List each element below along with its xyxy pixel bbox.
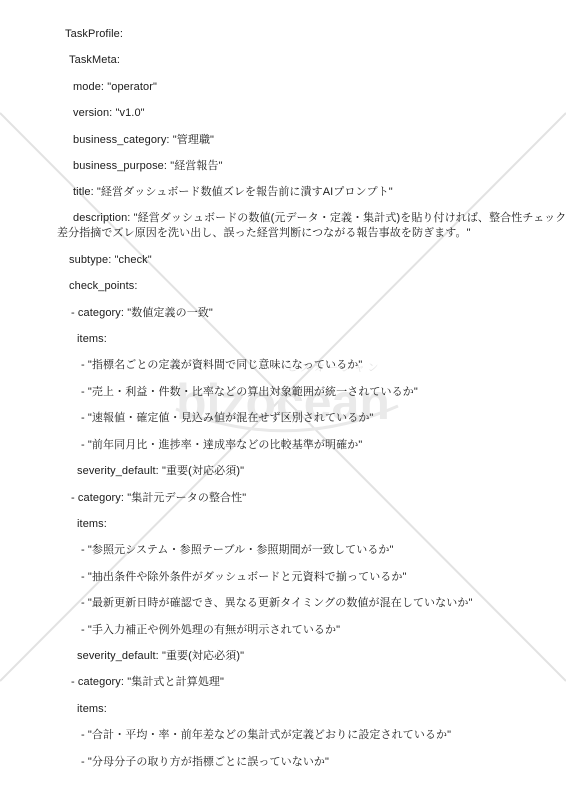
yaml-line-items-3: items:	[57, 696, 516, 722]
yaml-line-item: - "最新更新日時が確認でき、異なる更新タイミングの数値が混在していないか"	[57, 590, 516, 616]
yaml-line-category-2: - category: "集計元データの整合性"	[57, 485, 516, 511]
yaml-line-mode: mode: "operator"	[57, 74, 516, 100]
yaml-line-description: description: "経営ダッシュボードの数値(元データ・定義・集計式)を…	[57, 211, 516, 226]
yaml-description-paragraph: description: "経営ダッシュボードの数値(元データ・定義・集計式)を…	[57, 206, 516, 247]
yaml-line-severity-2: severity_default: "重要(対応必須)"	[57, 643, 516, 669]
yaml-line-taskmeta: TaskMeta:	[57, 47, 516, 73]
yaml-line-items-1: items:	[57, 326, 516, 352]
yaml-line-item: - "合計・平均・率・前年差などの集計式が定義どおりに設定されているか"	[57, 722, 516, 748]
yaml-document: TaskProfile: TaskMeta: mode: "operator" …	[0, 0, 566, 775]
yaml-line-item: - "抽出条件や除外条件がダッシュボードと元資料で揃っているか"	[57, 564, 516, 590]
yaml-line-business-purpose: business_purpose: "経営報告"	[57, 153, 516, 179]
yaml-line-category-3: - category: "集計式と計算処理"	[57, 669, 516, 695]
yaml-line-severity-1: severity_default: "重要(対応必須)"	[57, 458, 516, 484]
yaml-line-category-1: - category: "数値定義の一致"	[57, 300, 516, 326]
yaml-line-item: - "速報値・確定値・見込み値が混在せず区別されているか"	[57, 405, 516, 431]
yaml-line-item: - "前年同月比・進捗率・達成率などの比較基準が明確か"	[57, 432, 516, 458]
yaml-line-items-2: items:	[57, 511, 516, 537]
yaml-line-item: - "売上・利益・件数・比率などの算出対象範囲が統一されているか"	[57, 379, 516, 405]
yaml-line-item: - "参照元システム・参照テーブル・参照期間が一致しているか"	[57, 537, 516, 563]
yaml-line-item: - "指標名ごとの定義が資料間で同じ意味になっているか"	[57, 352, 516, 378]
yaml-line-item: - "分母分子の取り方が指標ごとに誤っていないか"	[57, 749, 516, 775]
yaml-line-check-points: check_points:	[57, 273, 516, 299]
yaml-line-item: - "手入力補正や例外処理の有無が明示されているか"	[57, 617, 516, 643]
yaml-line-description-wrap: 差分指摘でズレ原因を洗い出し、誤った経営判断につながる報告事故を防ぎます。"	[57, 226, 516, 241]
yaml-line-taskprofile: TaskProfile:	[57, 21, 516, 47]
yaml-line-business-category: business_category: "管理職"	[57, 127, 516, 153]
yaml-line-version: version: "v1.0"	[57, 100, 516, 126]
yaml-line-title: title: "経営ダッシュボード数値ズレを報告前に潰すAIプロンプト"	[57, 179, 516, 205]
yaml-line-subtype: subtype: "check"	[57, 247, 516, 273]
document-page: ビズオーシャン bizocean TaskProfile: TaskMeta: …	[0, 0, 566, 800]
